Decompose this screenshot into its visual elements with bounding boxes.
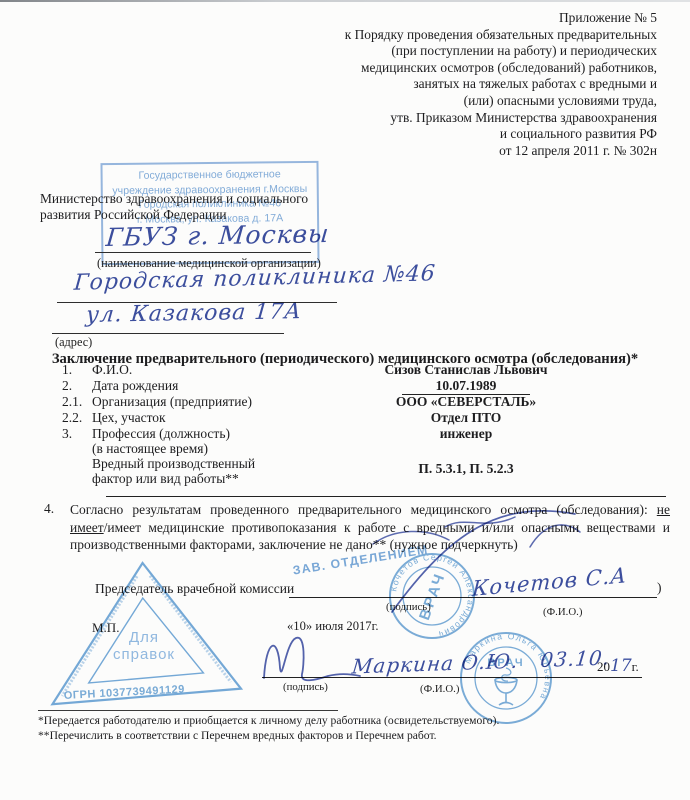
close-paren: ) [657, 580, 662, 596]
item-num: 4. [44, 501, 54, 517]
header-line: и социального развития РФ [227, 126, 657, 143]
fio-caption: (Ф.И.О.) [420, 683, 459, 695]
item-value: 10.07.1989 [402, 378, 531, 395]
item-label: Профессия (должность) [92, 426, 335, 442]
form-row: 3. Профессия (должность) инженер [62, 426, 662, 442]
form-row: Вредный производственный П. 5.3.1, П. 5.… [62, 456, 662, 472]
header-line: занятых на тяжелых работах с вредными и [227, 76, 657, 93]
header-line: к Порядку проведения обязательных предва… [227, 27, 657, 44]
item-value [335, 471, 597, 487]
footnote-rule [38, 710, 338, 711]
header-line: от 12 апреля 2011 г. № 302н [227, 143, 657, 160]
item-value: Сизов Станислав Львович [335, 362, 597, 378]
item-num: 2.1. [62, 394, 92, 410]
item-label: Ф.И.О. [92, 362, 335, 378]
item-value: Отдел ПТО [335, 410, 597, 426]
triangle-stamp-text: Для [129, 629, 159, 646]
header-line: утв. Приказом Министерства здравоохранен… [227, 110, 657, 127]
ministry-text: Министерство здравоохранения и социально… [40, 191, 312, 223]
item-label: Дата рождения [92, 378, 335, 395]
item-num: 1. [62, 362, 92, 378]
item-label: Организация (предприятие) [92, 394, 335, 410]
form-row: (в настоящее время) [62, 441, 662, 457]
item-num: 3. [62, 426, 92, 442]
item-label: фактор или вид работы** [92, 471, 335, 487]
handwritten-signature-squiggle [256, 626, 366, 688]
year-field: 2017г. [597, 656, 639, 676]
scan-edge-artifact [0, 0, 690, 2]
doctor-round-stamp-1: Кочетов Сергей Александрович ВРАЧ [387, 551, 477, 641]
footnotes: *Передается работодателю и приобщается к… [38, 714, 663, 743]
item-value [335, 441, 597, 457]
fill-line [52, 312, 284, 334]
header-line: Приложение № 5 [227, 10, 657, 27]
item-num: 2. [62, 378, 92, 395]
form-row: 2.2. Цех, участок Отдел ПТО [62, 410, 662, 426]
podpis-caption: (подпись) [283, 681, 328, 693]
form-row: фактор или вид работы** [62, 471, 662, 487]
footnote-2: **Перечислить в соответствии с Перечнем … [38, 729, 663, 744]
year-handwritten: 17 [610, 656, 632, 676]
micro-text-artifact [150, 573, 231, 685]
scanned-medical-form: Приложение № 5 к Порядку проведения обяз… [0, 0, 690, 800]
item-num: 2.2. [62, 410, 92, 426]
triangle-stamp-text: справок [113, 646, 175, 663]
header-line: (при поступлении на работу) и периодичес… [227, 43, 657, 60]
item-value: ООО «СЕВЕРСТАЛЬ» [335, 394, 597, 410]
form-row: 1. Ф.И.О. Сизов Станислав Львович [62, 362, 662, 378]
doctor-round-stamp-2: Маркина Ольга Юрьевна ВРАЧ [458, 630, 554, 726]
item-num [62, 441, 92, 457]
item-label: (в настоящее время) [92, 441, 335, 457]
form-row: 2. Дата рождения 10.07.1989 [62, 378, 662, 394]
header-line: медицинских осмотров (обследований) рабо… [227, 60, 657, 77]
year-suffix: г. [632, 659, 639, 674]
vrach-label: ВРАЧ [487, 657, 524, 669]
appendix-header: Приложение № 5 к Порядку проведения обяз… [227, 10, 657, 159]
form-row: 2.1. Организация (предприятие) ООО «СЕВЕ… [62, 394, 662, 410]
fill-line [95, 233, 311, 253]
footnote-1: *Передается работодателю и приобщается к… [38, 714, 663, 729]
hygieia-bowl-icon [495, 668, 517, 705]
address-caption: (адрес) [55, 335, 92, 350]
triangle-reference-stamp: Для справок ОГРН 1037739491129 [42, 558, 247, 708]
item-num [62, 471, 92, 487]
item-value: инженер [335, 426, 597, 442]
header-line: (или) опасными условиями труда, [227, 93, 657, 110]
vrach-label: ВРАЧ [416, 570, 449, 623]
item-label: Цех, участок [92, 410, 335, 426]
year-printed: 20 [597, 659, 610, 674]
